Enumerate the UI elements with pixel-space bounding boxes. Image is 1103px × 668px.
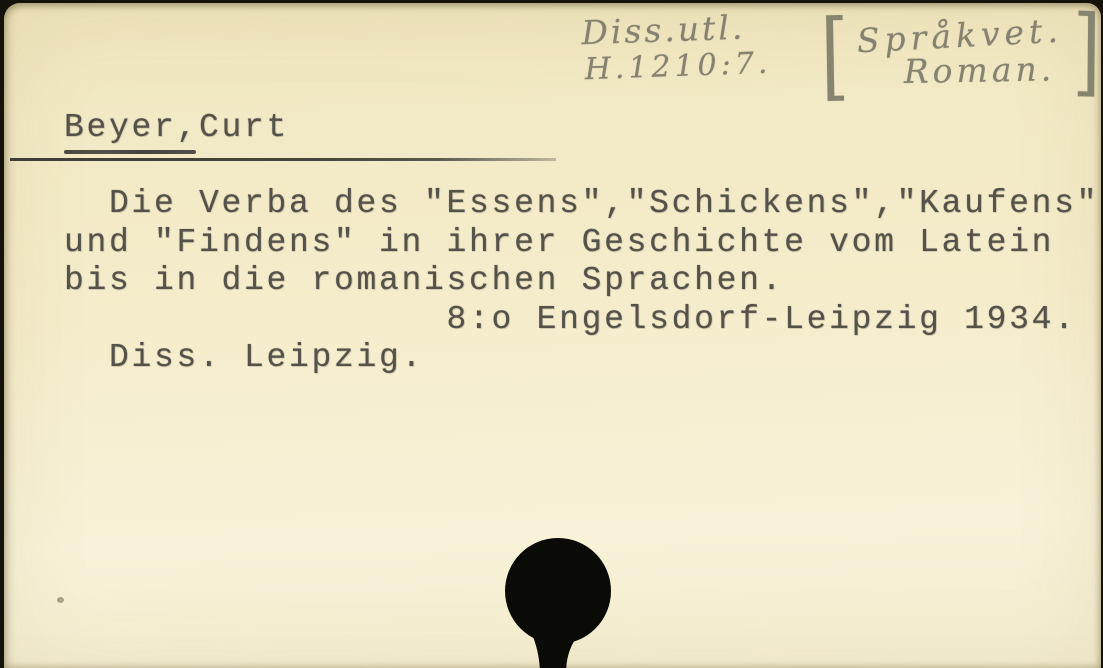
shelfmark-annotation: Diss.utl. H.1210:7. — [581, 8, 772, 89]
close-bracket: ] — [1072, 4, 1101, 97]
catalog-card: Diss.utl. H.1210:7. [ Språkvet. Roman. ]… — [4, 3, 1101, 668]
author-underline — [64, 150, 196, 154]
title-line: Diss. Leipzig. — [64, 339, 1099, 378]
subject-annotation: [ Språkvet. Roman. ] — [815, 4, 1103, 101]
paper-speck — [57, 597, 64, 603]
subject-lines: Språkvet. Roman. — [853, 14, 1068, 92]
title-body: Die Verba des "Essens","Schickens","Kauf… — [64, 185, 1099, 378]
title-line: Die Verba des "Essens","Schickens","Kauf… — [64, 185, 1099, 224]
author-heading: Beyer,Curt — [64, 109, 289, 147]
title-line: und "Findens" in ihrer Geschichte vom La… — [64, 224, 1099, 263]
title-line: 8:o Engelsdorf-Leipzig 1934. — [64, 301, 1099, 340]
title-line: bis in die romanischen Sprachen. — [64, 262, 1099, 301]
heading-rule — [10, 158, 556, 161]
open-bracket: [ — [820, 9, 850, 101]
shelfmark-line-2: H.1210:7. — [582, 45, 772, 89]
punch-hole — [502, 534, 614, 668]
